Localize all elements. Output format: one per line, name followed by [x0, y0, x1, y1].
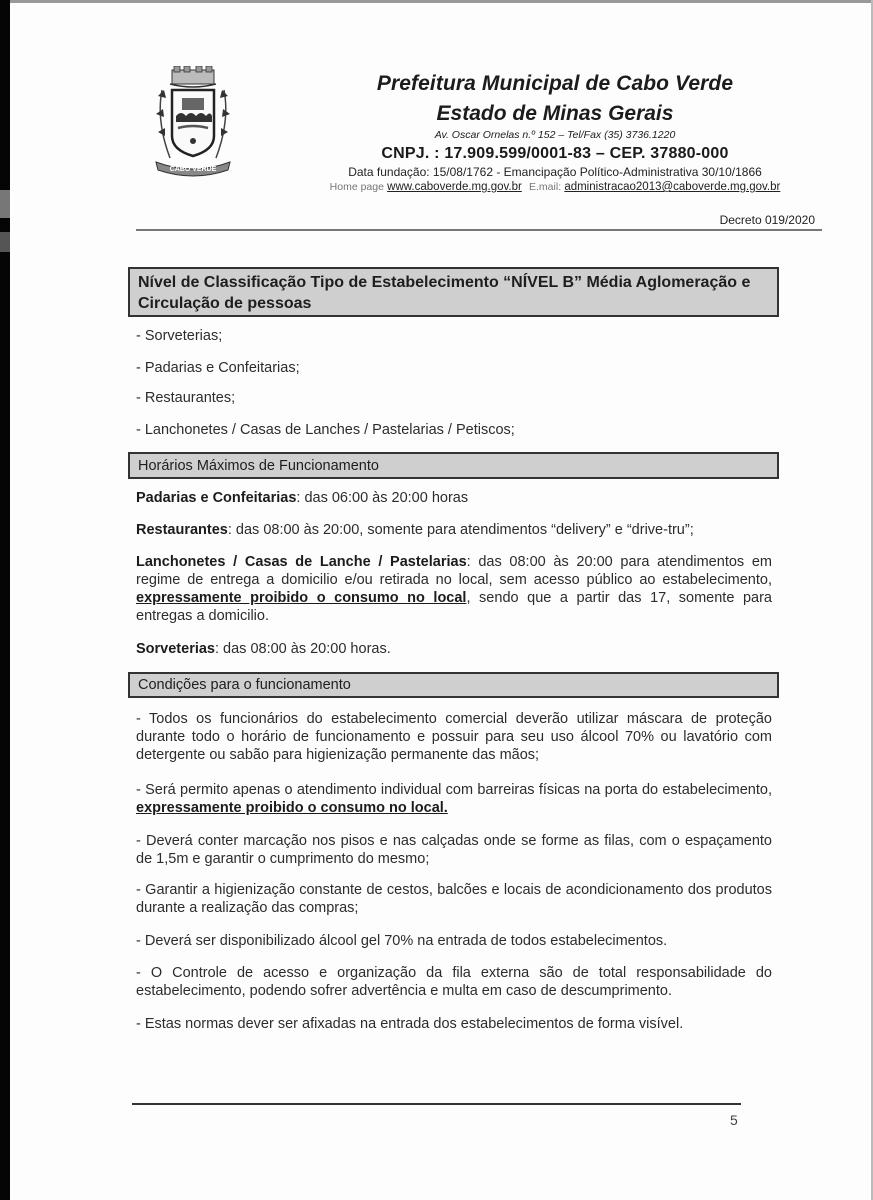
condition-item: - Deverá conter marcação nos pisos e nas…: [136, 832, 772, 868]
cnpj-cep: CNPJ. : 17.909.599/0001-83 – CEP. 37880-…: [300, 145, 810, 163]
hours-entry: Lanchonetes / Casas de Lanche / Pastelar…: [136, 553, 772, 625]
header-divider: [136, 229, 822, 231]
hours-text: : das 06:00 às 20:00 horas: [296, 490, 468, 506]
decree-number: Decreto 019/2020: [720, 213, 815, 227]
list-item: - Sorveterias;: [136, 327, 772, 345]
hours-label: Lanchonetes / Casas de Lanche / Pastelar…: [136, 554, 467, 570]
condition-text: - Será permito apenas o atendimento indi…: [136, 782, 772, 798]
hours-label: Padarias e Confeitarias: [136, 490, 296, 506]
email-label: E.mail:: [529, 181, 561, 193]
condition-item: - Todos os funcionários do estabelecimen…: [136, 710, 772, 764]
email-link[interactable]: administracao2013@caboverde.mg.gov.br: [564, 181, 780, 193]
contact-links: Home page www.caboverde.mg.gov.br E.mail…: [290, 181, 820, 193]
municipality-title: Prefeitura Municipal de Cabo Verde: [300, 72, 810, 96]
condition-item: - O Controle de acesso e organização da …: [136, 964, 772, 1000]
hours-entry: Padarias e Confeitarias: das 06:00 às 20…: [136, 489, 772, 507]
prohibition-emphasis: expressamente proibido o consumo no loca…: [136, 800, 448, 816]
section-header-conditions: Condições para o funcionamento: [128, 672, 779, 698]
hours-text: : das 08:00 às 20:00, somente para atend…: [228, 522, 694, 538]
condition-item: - Será permito apenas o atendimento indi…: [136, 781, 772, 817]
condition-item: - Estas normas dever ser afixadas na ent…: [136, 1015, 772, 1033]
list-item: - Padarias e Confeitarias;: [136, 359, 772, 377]
hours-entry: Sorveterias: das 08:00 às 20:00 horas.: [136, 640, 772, 658]
footer-divider: [132, 1103, 741, 1105]
list-item: - Lanchonetes / Casas de Lanches / Paste…: [136, 421, 772, 439]
condition-item: - Deverá ser disponibilizado álcool gel …: [136, 932, 772, 950]
address: Av. Oscar Ornelas n.º 152 – Tel/Fax (35)…: [300, 129, 810, 141]
homepage-label: Home page: [330, 181, 384, 193]
hours-label: Sorveterias: [136, 641, 215, 657]
hours-label: Restaurantes: [136, 522, 228, 538]
coat-of-arms-icon: CABO VERDE: [148, 66, 238, 178]
foundation-dates: Data fundação: 15/08/1762 - Emancipação …: [290, 165, 820, 179]
section-header-hours: Horários Máximos de Funcionamento: [128, 452, 779, 479]
hours-entry: Restaurantes: das 08:00 às 20:00, soment…: [136, 521, 772, 539]
page-number: 5: [730, 1112, 738, 1128]
prohibition-emphasis: expressamente proibido o consumo no loca…: [136, 590, 466, 606]
condition-item: - Garantir a higienização constante de c…: [136, 881, 772, 917]
document-page: CABO VERDE Prefeitura Municipal de Cabo …: [0, 0, 873, 1200]
state-title: Estado de Minas Gerais: [300, 102, 810, 126]
hours-text: : das 08:00 às 20:00 horas.: [215, 641, 391, 657]
section-header-classification: Nível de Classificação Tipo de Estabelec…: [128, 267, 779, 317]
homepage-link[interactable]: www.caboverde.mg.gov.br: [387, 181, 522, 193]
svg-text:CABO VERDE: CABO VERDE: [170, 166, 217, 173]
list-item: - Restaurantes;: [136, 389, 772, 407]
